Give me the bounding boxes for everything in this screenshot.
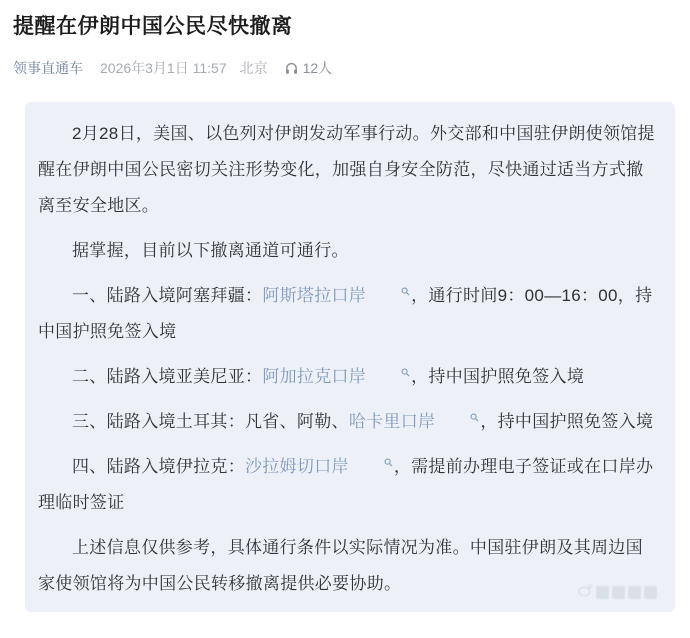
search-magnifier-icon[interactable] xyxy=(367,287,410,296)
paragraph: 一、陆路入境阿塞拜疆：阿斯塔拉口岸，通行时间9：00—16：00，持中国护照免签… xyxy=(38,278,660,350)
paragraph: 二、陆路入境亚美尼亚：阿加拉克口岸，持中国护照免签入境 xyxy=(38,359,660,395)
article-title: 提醒在伊朗中国公民尽快撤离 xyxy=(13,13,674,41)
paragraph: 三、陆路入境土耳其：凡省、阿勒、哈卡里口岸，持中国护照免签入境 xyxy=(38,404,660,440)
listen-count-group: 12人 xyxy=(284,58,333,78)
paragraph-text: 四、陆路入境伊拉克： xyxy=(72,457,245,476)
search-magnifier-icon[interactable] xyxy=(350,458,393,467)
headphones-icon xyxy=(284,61,303,76)
article-panel: 2月28日，美国、以色列对伊朗发动军事行动。外交部和中国驻伊朗使领馆提醒在伊朗中… xyxy=(25,102,675,612)
paragraph: 上述信息仅供参考，具体通行条件以实际情况为准。中国驻伊朗及其周边国家使领馆将为中… xyxy=(38,530,660,602)
paragraph: 2月28日，美国、以色列对伊朗发动军事行动。外交部和中国驻伊朗使领馆提醒在伊朗中… xyxy=(38,116,660,224)
port-link[interactable]: 阿加拉克口岸 xyxy=(262,367,366,386)
port-link[interactable]: 阿斯塔拉口岸 xyxy=(262,286,366,305)
paragraph: 四、陆路入境伊拉克：沙拉姆切口岸，需提前办理电子签证或在口岸办理临时签证 xyxy=(38,449,660,521)
paragraph-text: 2月28日，美国、以色列对伊朗发动军事行动。外交部和中国驻伊朗使领馆提醒在伊朗中… xyxy=(38,124,655,215)
paragraph-text: ，持中国护照免签入境 xyxy=(480,412,653,431)
article-header: 提醒在伊朗中国公民尽快撤离 领事直通车 2026年3月1日 11:57 北京 1… xyxy=(0,0,690,78)
paragraph-text: 据掌握，目前以下撤离通道可通行。 xyxy=(72,241,349,260)
paragraph-text: 二、陆路入境亚美尼亚： xyxy=(72,367,262,386)
publish-datetime: 2026年3月1日 11:57 xyxy=(100,58,227,78)
search-magnifier-icon[interactable] xyxy=(367,368,410,377)
port-link[interactable]: 哈卡里口岸 xyxy=(349,412,436,431)
paragraph-text: 三、陆路入境土耳其：凡省、阿勒、 xyxy=(72,412,349,431)
paragraph: 据掌握，目前以下撤离通道可通行。 xyxy=(38,233,660,269)
paragraph-text: 一、陆路入境阿塞拜疆： xyxy=(72,286,262,305)
article-body: 2月28日，美国、以色列对伊朗发动军事行动。外交部和中国驻伊朗使领馆提醒在伊朗中… xyxy=(38,116,660,602)
port-link[interactable]: 沙拉姆切口岸 xyxy=(245,457,349,476)
account-link[interactable]: 领事直通车 xyxy=(13,58,83,78)
publish-location: 北京 xyxy=(240,58,268,78)
search-magnifier-icon[interactable] xyxy=(436,413,479,422)
paragraph-text: 上述信息仅供参考，具体通行条件以实际情况为准。中国驻伊朗及其周边国家使领馆将为中… xyxy=(38,538,643,593)
article-meta: 领事直通车 2026年3月1日 11:57 北京 12人 xyxy=(13,58,674,78)
listen-count: 12人 xyxy=(303,58,333,78)
paragraph-text: ，持中国护照免签入境 xyxy=(411,367,584,386)
